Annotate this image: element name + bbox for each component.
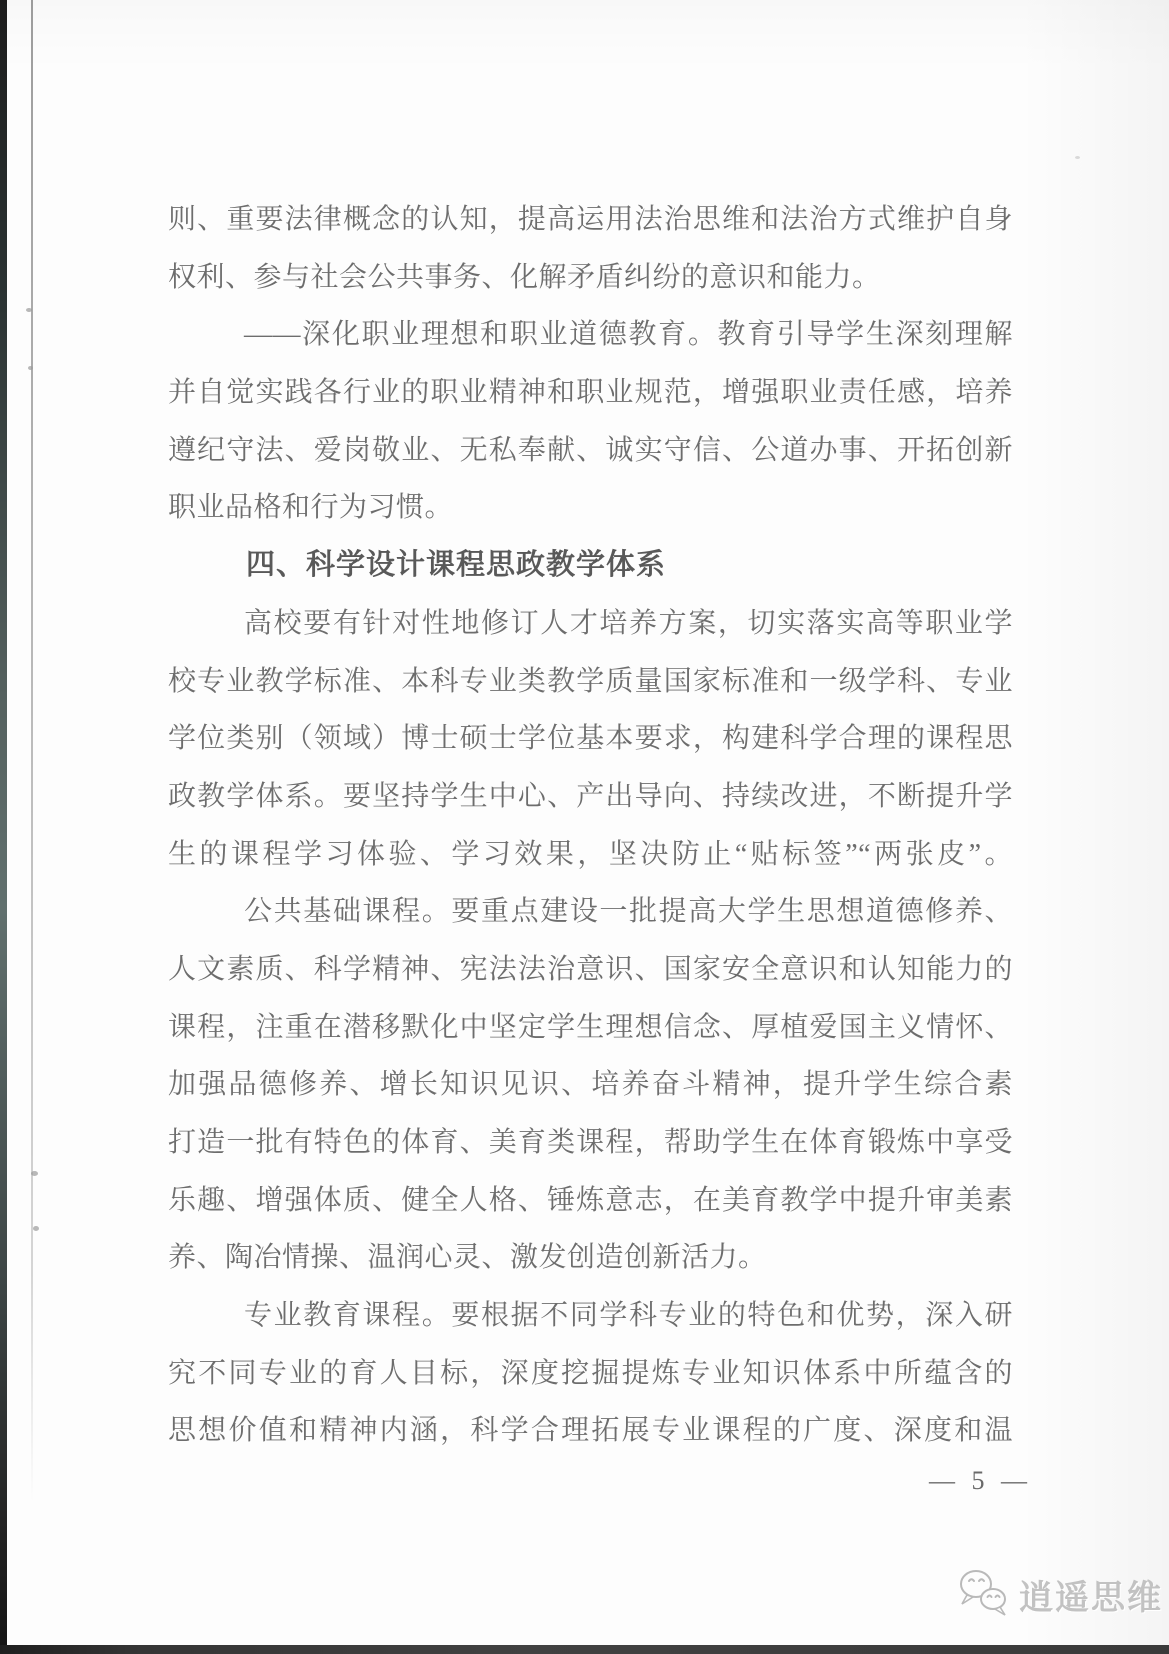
scan-speck xyxy=(33,1226,39,1231)
scan-speck xyxy=(31,1171,38,1176)
text-line: 究不同专业的育人目标，深度挖掘提炼专业知识体系中所蕴含的 xyxy=(168,1345,1013,1403)
page-number: — 5 — xyxy=(929,1466,1032,1496)
text-line: 打造一批有特色的体育、美育类课程，帮助学生在体育锻炼中享受 xyxy=(168,1114,1013,1172)
text-line: 课程，注重在潜移默化中坚定学生理想信念、厚植爱国主义情怀、 xyxy=(168,999,1013,1057)
text-line: 遵纪守法、爱岗敬业、无私奉献、诚实守信、公道办事、开拓创新的 xyxy=(168,422,1013,480)
scan-speck xyxy=(1075,156,1080,159)
text-line: 人文素质、科学精神、宪法法治意识、国家安全意识和认知能力的 xyxy=(168,941,1013,999)
scanned-document-page: 则、重要法律概念的认知，提高运用法治思维和法治方式维护自身 权利、参与社会公共事… xyxy=(0,0,1169,1654)
text-line: 养、陶冶情操、温润心灵、激发创造创新活力。 xyxy=(168,1229,1013,1287)
text-line: 高校要有针对性地修订人才培养方案，切实落实高等职业学 xyxy=(168,595,1013,653)
text-line: 加强品德修养、增长知识见识、培养奋斗精神，提升学生综合素质。 xyxy=(168,1056,1013,1114)
text-line: 校专业教学标准、本科专业类教学质量国家标准和一级学科、专业 xyxy=(168,653,1013,711)
text-line: 则、重要法律概念的认知，提高运用法治思维和法治方式维护自身 xyxy=(168,191,1013,249)
text-line: 公共基础课程。要重点建设一批提高大学生思想道德修养、 xyxy=(168,883,1013,941)
scan-speck xyxy=(26,308,32,312)
wechat-bubbles-icon xyxy=(956,1568,1012,1620)
watermark-text: 逍遥思维 xyxy=(1019,1570,1163,1619)
page-fold-line xyxy=(31,0,33,1502)
text-line: 乐趣、增强体质、健全人格、锤炼意志，在美育教学中提升审美素 xyxy=(168,1172,1013,1230)
text-line: 并自觉实践各行业的职业精神和职业规范，增强职业责任感，培养 xyxy=(168,364,1013,422)
page-bottom-edge-shadow xyxy=(0,1645,1169,1654)
text-line: 生的课程学习体验、学习效果，坚决防止“贴标签”“两张皮”。 xyxy=(168,826,1013,884)
text-line: 专业教育课程。要根据不同学科专业的特色和优势，深入研 xyxy=(168,1287,1013,1345)
scan-shading-right xyxy=(1019,0,1169,1654)
text-line: 学位类别（领域）博士硕士学位基本要求，构建科学合理的课程思 xyxy=(168,710,1013,768)
text-line: 职业品格和行为习惯。 xyxy=(168,479,1013,537)
scan-shading-top xyxy=(0,0,1169,70)
text-line: 政教学体系。要坚持学生中心、产出导向、持续改进，不断提升学 xyxy=(168,768,1013,826)
text-line: 权利、参与社会公共事务、化解矛盾纠纷的意识和能力。 xyxy=(168,249,1013,307)
page-left-edge-shadow xyxy=(0,0,7,1654)
text-line: ——深化职业理想和职业道德教育。教育引导学生深刻理解 xyxy=(168,306,1013,364)
text-line: 思想价值和精神内涵，科学合理拓展专业课程的广度、深度和温 xyxy=(168,1402,1013,1460)
watermark: 逍遥思维 xyxy=(956,1568,1163,1620)
document-body: 则、重要法律概念的认知，提高运用法治思维和法治方式维护自身 权利、参与社会公共事… xyxy=(168,191,1013,1460)
section-heading: 四、科学设计课程思政教学体系 xyxy=(168,537,1013,595)
scan-speck xyxy=(28,366,33,370)
